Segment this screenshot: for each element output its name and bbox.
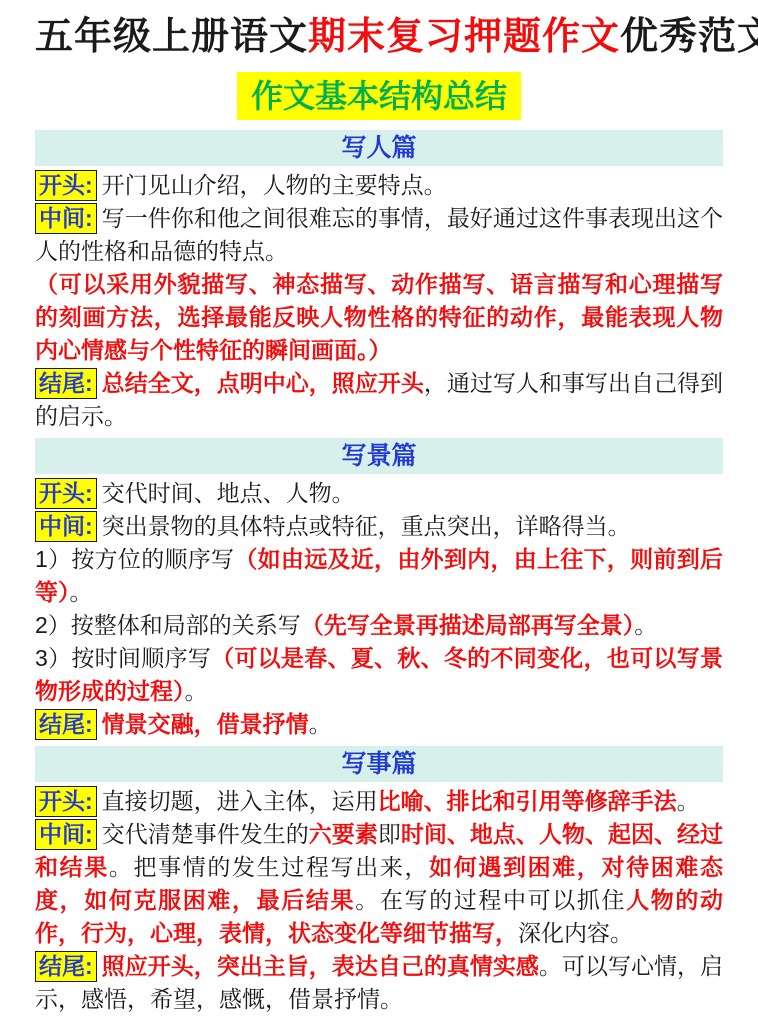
text-run: 1）按方位的顺序写	[35, 546, 234, 572]
text-block: 结尾:情景交融，借景抒情。	[35, 708, 723, 741]
text-run: 总结全文，点明中心，照应开头	[102, 370, 424, 396]
title-part-3: 优秀范文	[620, 16, 758, 58]
text-run: 开门见山介绍，人物的主要特点。	[102, 172, 447, 198]
text-run: 写一件你和他之间很难忘的事情，最好通过这件事表现出这个人的性格和品德的特点。	[35, 205, 723, 264]
text-block: 开头:交代时间、地点、人物。	[35, 477, 723, 510]
text-run: 直接切题，进入主体，运用	[102, 788, 378, 814]
text-run: 。	[634, 612, 657, 638]
part-label: 结尾:	[35, 368, 97, 399]
text-block: 2）按整体和局部的关系写（先写全景再描述局部再写全景）。	[35, 609, 723, 642]
part-label: 中间:	[35, 819, 97, 850]
part-label: 开头:	[35, 478, 97, 509]
text-run: 交代时间、地点、人物。	[102, 480, 355, 506]
text-run: 。	[309, 711, 332, 737]
text-run: （可以采用外貌描写、神态描写、动作描写、语言描写和心理描写的刻画方法，选择最能反…	[35, 271, 723, 363]
sections: 写人篇开头:开门见山介绍，人物的主要特点。中间:写一件你和他之间很难忘的事情，最…	[35, 130, 723, 1016]
essay-section-1: 写人篇开头:开门见山介绍，人物的主要特点。中间:写一件你和他之间很难忘的事情，最…	[35, 130, 723, 433]
text-block: 开头:直接切题，进入主体，运用比喻、排比和引用等修辞手法。	[35, 785, 723, 818]
text-block: 1）按方位的顺序写（如由远及近，由外到内，由上往下，则前到后等）。	[35, 543, 723, 609]
text-run: 比喻、排比和引用等修辞手法	[378, 788, 677, 814]
text-run: 。在写的过程中可以抓住	[355, 887, 626, 913]
part-label: 中间:	[35, 203, 97, 234]
text-run: 照应开头，突出主旨，表达自己的真情实感	[102, 953, 539, 979]
text-block: 3）按时间顺序写（可以是春、夏、秋、冬的不同变化，也可以写景物形成的过程）。	[35, 642, 723, 708]
essay-section-2: 写景篇开头:交代时间、地点、人物。中间:突出景物的具体特点或特征，重点突出，详略…	[35, 438, 723, 741]
text-run: 交代清楚事件发生的	[102, 821, 309, 847]
text-run: 深化内容。	[518, 920, 633, 946]
document-page: 五年级上册语文期末复习押题作文优秀范文 作文基本结构总结 写人篇开头:开门见山介…	[0, 0, 758, 1016]
page-subtitle: 作文基本结构总结	[237, 72, 521, 120]
part-label: 结尾:	[35, 951, 97, 982]
text-run: 。	[70, 579, 93, 605]
text-block: 中间:交代清楚事件发生的六要素即时间、地点、人物、起因、经过和结果。把事情的发生…	[35, 818, 723, 950]
text-run: 。	[677, 788, 700, 814]
title-part-2: 期末复习押题作文	[308, 16, 620, 58]
part-label: 开头:	[35, 170, 97, 201]
text-block: 结尾:总结全文，点明中心，照应开头，通过写人和事写出自己得到的启示。	[35, 367, 723, 433]
section-title: 写景篇	[35, 438, 723, 474]
text-run: 3）按时间顺序写	[35, 645, 211, 671]
text-run: 突出景物的具体特点或特征，重点突出，详略得当。	[102, 513, 631, 539]
text-run: 2）按整体和局部的关系写	[35, 612, 301, 638]
text-block: 中间:突出景物的具体特点或特征，重点突出，详略得当。	[35, 510, 723, 543]
text-run: （先写全景再描述局部再写全景）	[301, 612, 635, 638]
text-block: （可以采用外貌描写、神态描写、动作描写、语言描写和心理描写的刻画方法，选择最能反…	[35, 268, 723, 367]
text-run: 。	[185, 678, 208, 704]
text-block: 结尾:照应开头，突出主旨，表达自己的真情实感。可以写心情，启示，感悟，希望，感慨…	[35, 950, 723, 1016]
text-run: 六要素	[309, 821, 378, 847]
section-title: 写人篇	[35, 130, 723, 166]
part-label: 中间:	[35, 511, 97, 542]
title-part-1: 五年级上册语文	[35, 16, 308, 58]
text-run: 。把事情的发生过程写出来，	[109, 854, 429, 880]
text-block: 中间:写一件你和他之间很难忘的事情，最好通过这件事表现出这个人的性格和品德的特点…	[35, 202, 723, 268]
page-title: 五年级上册语文期末复习押题作文优秀范文	[35, 12, 723, 62]
part-label: 结尾:	[35, 709, 97, 740]
essay-section-3: 写事篇开头:直接切题，进入主体，运用比喻、排比和引用等修辞手法。中间:交代清楚事…	[35, 746, 723, 1016]
subtitle-row: 作文基本结构总结	[35, 72, 723, 120]
part-label: 开头:	[35, 786, 97, 817]
text-block: 开头:开门见山介绍，人物的主要特点。	[35, 169, 723, 202]
text-run: 情景交融，借景抒情	[102, 711, 309, 737]
section-title: 写事篇	[35, 746, 723, 782]
text-run: 即	[378, 821, 401, 847]
